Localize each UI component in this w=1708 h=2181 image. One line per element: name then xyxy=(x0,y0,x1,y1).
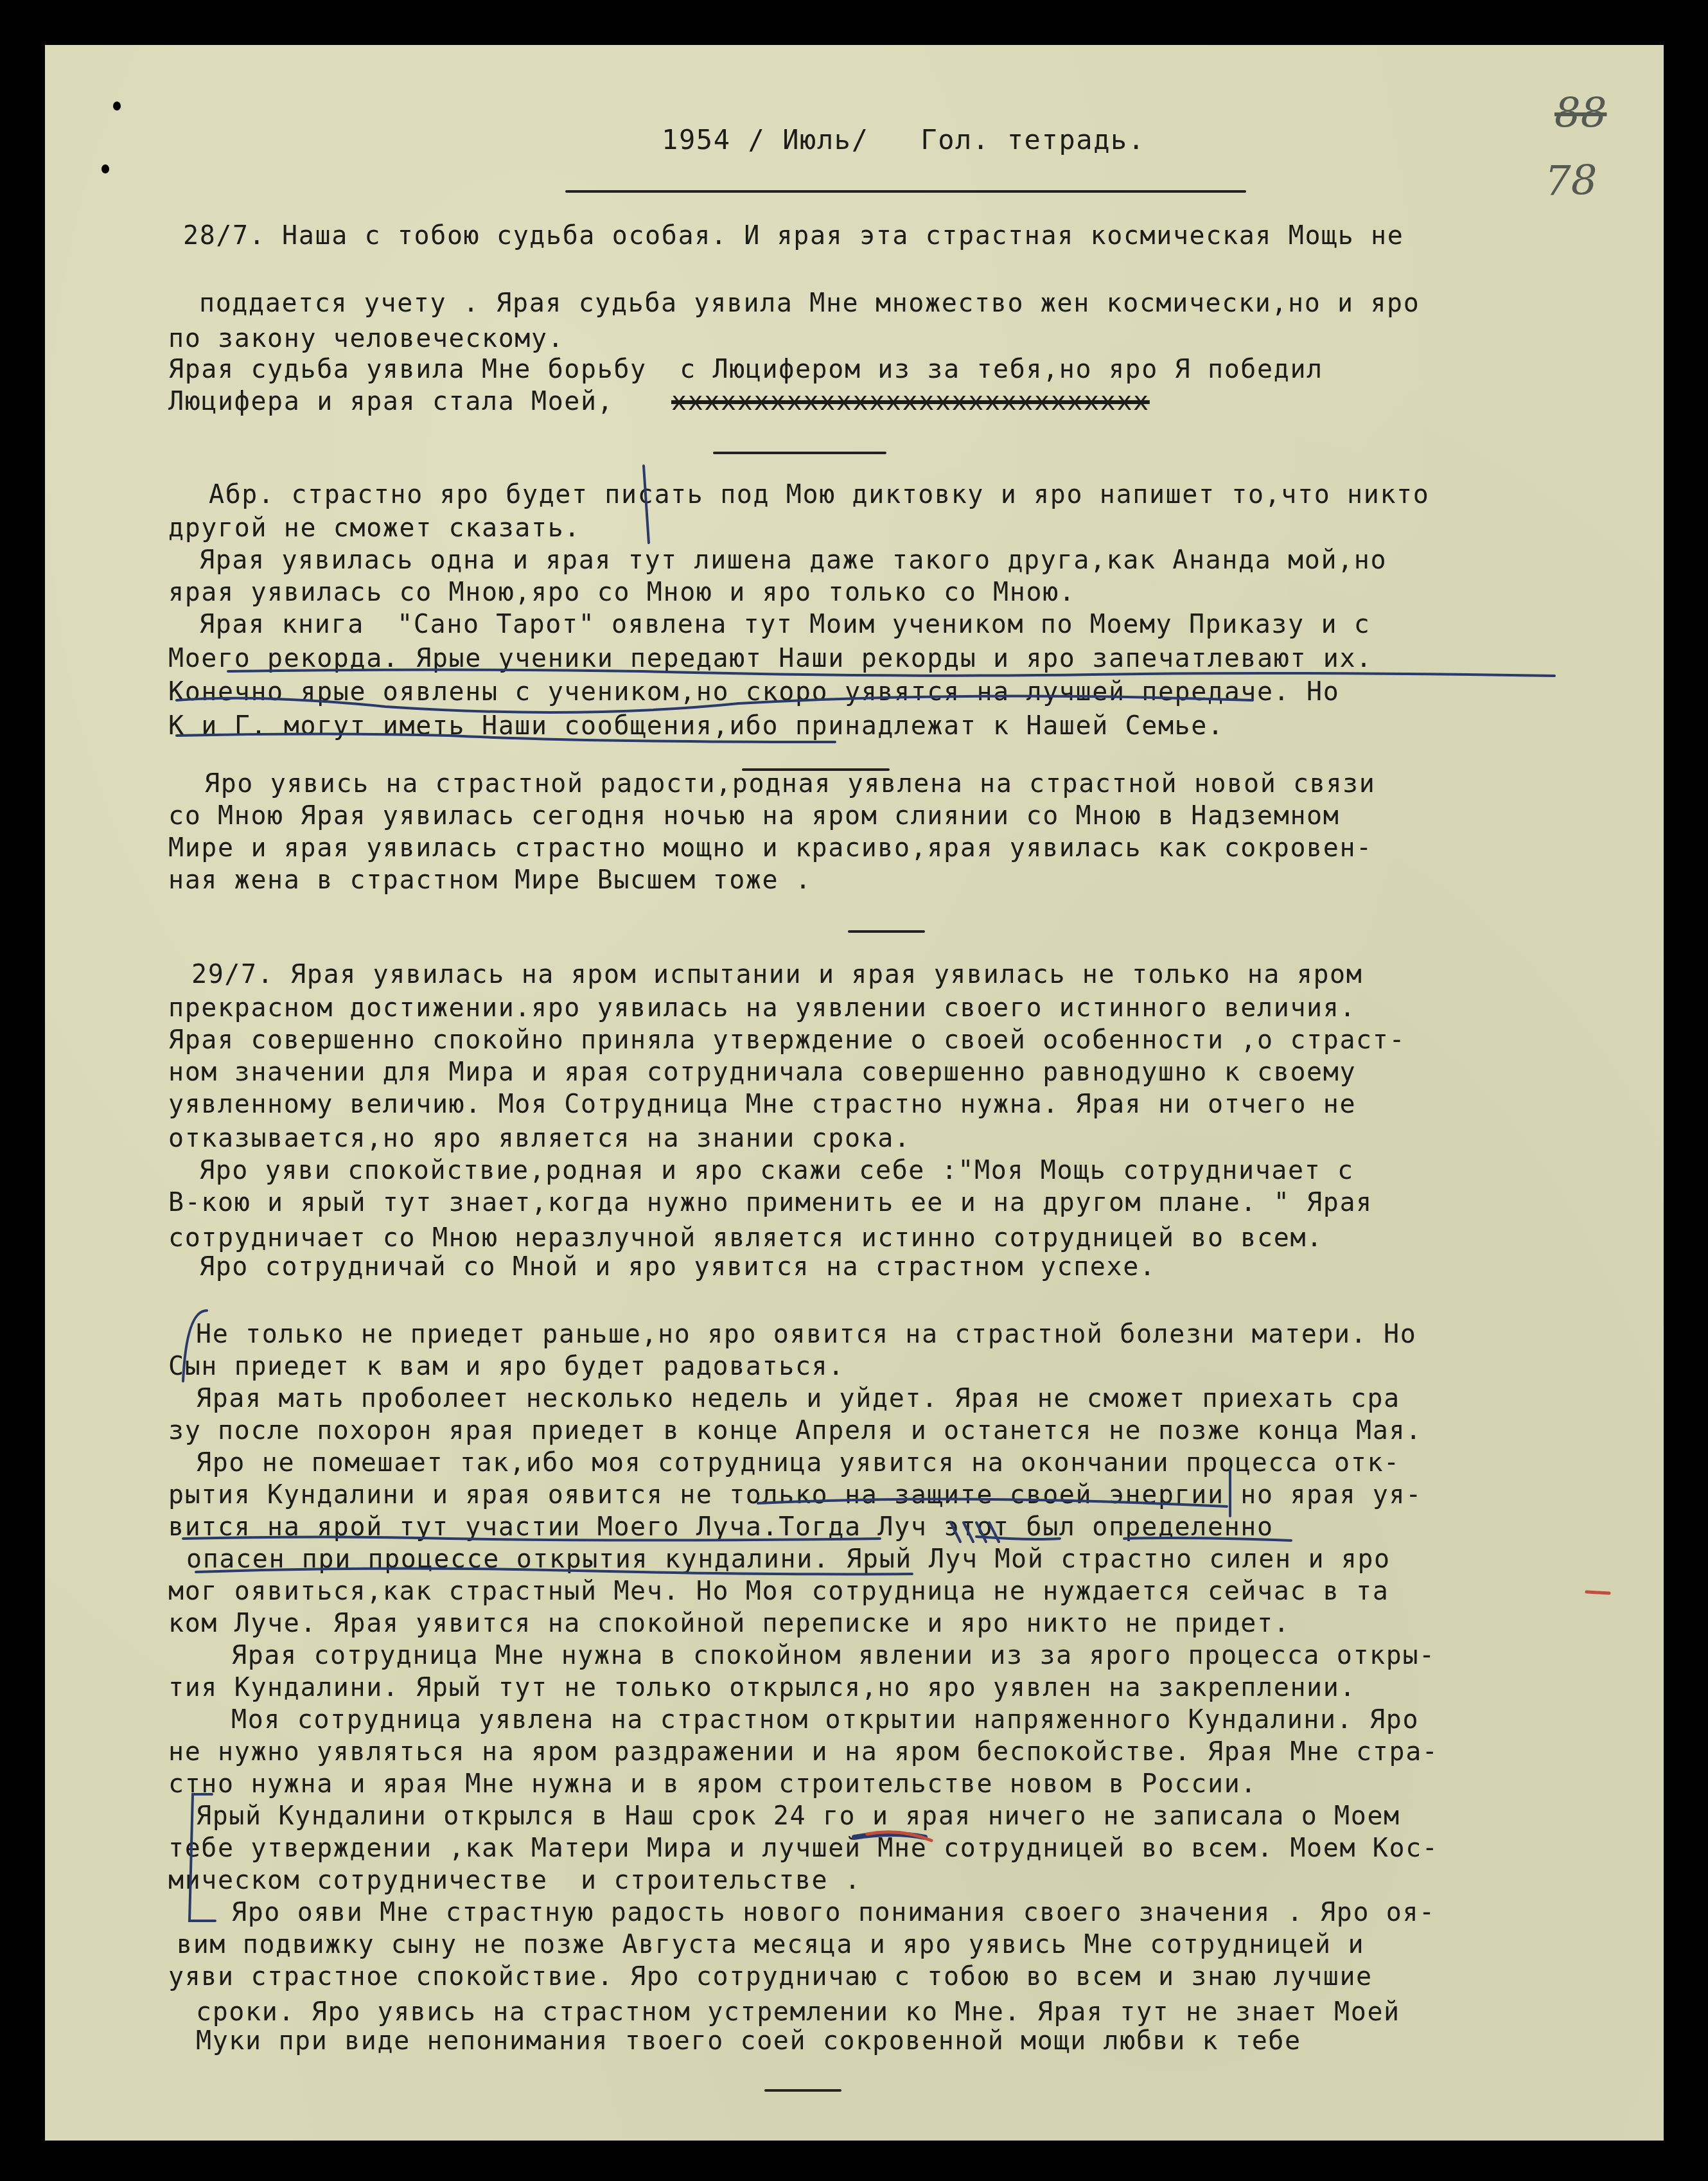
text-line: В-кою и ярый тут знает,когда нужно приме… xyxy=(168,1188,1373,1217)
divider-rule xyxy=(713,452,886,454)
text-line: Ярая совершенно спокойно приняла утвержд… xyxy=(168,1026,1405,1054)
text-line: отказывается,но яро является на знании с… xyxy=(168,1124,911,1152)
text-line: уяви страстное спокойствие. Яро сотрудни… xyxy=(168,1963,1373,1991)
page-title: 1954 / Июль/ Гол. тетрадь. xyxy=(662,126,1145,154)
text-line: Ярая книга "Сано Тарот" оявлена тут Моим… xyxy=(199,610,1370,639)
text-line: Яро сотрудничай со Мной и яро уявится на… xyxy=(199,1253,1156,1281)
text-line: сотрудничает со Мною неразлучной являетс… xyxy=(168,1224,1323,1252)
text-line: не нужно уявляться на яром раздражении и… xyxy=(168,1738,1439,1766)
text-line: Яро ояви Мне страстную радость нового по… xyxy=(231,1898,1436,1927)
text-line: Мире и ярая уявилась страстно мощно и кр… xyxy=(168,834,1373,862)
text-line: опасен при процессе открытия кундалини. … xyxy=(186,1545,1391,1573)
text-line: Ярая уявилась одна и ярая тут лишена даж… xyxy=(199,546,1387,574)
text-line: стно нужна и ярая Мне нужна и в яром стр… xyxy=(168,1770,1257,1798)
text-line: Конечно ярые оявлены с учеником,но скоро… xyxy=(168,678,1339,706)
text-line: К и Г. могут иметь Наши сообщения,ибо пр… xyxy=(168,712,1224,740)
text-line: по закону человеческому. xyxy=(168,324,564,353)
page-number-old: 88 xyxy=(1554,90,1607,137)
text-line: ярая уявилась со Мною,яро со Мною и яро … xyxy=(168,578,1076,606)
text-line: прекрасном достижении.яро уявилась на уя… xyxy=(168,994,1356,1022)
text-line: ком Луче. Ярая уявится на спокойной пере… xyxy=(168,1609,1290,1638)
text-line: Моего рекорда. Ярые ученики передают Наш… xyxy=(168,644,1373,673)
text-line: Моя сотрудница уявлена на страстном откр… xyxy=(231,1706,1419,1734)
text-line: вим подвижку сыну не позже Августа месяц… xyxy=(177,1930,1364,1959)
text-line: зу после похорон ярая приедет в конце Ап… xyxy=(168,1417,1422,1445)
text-line: Люцифера и ярая стала Моей, xyxy=(168,387,613,416)
divider-rule xyxy=(565,190,1246,193)
text-line: Муки при виде непонимания твоего соей со… xyxy=(196,2027,1301,2055)
page-number: 78 xyxy=(1545,157,1597,205)
text-line: Сын приедет к вам и яро будет радоваться… xyxy=(168,1352,845,1381)
text-line: сроки. Яро уявись на страстном устремлен… xyxy=(196,1998,1400,2026)
text-line: мог оявиться,как страстный Меч. Но Моя с… xyxy=(168,1577,1389,1605)
text-line: поддается учету . Ярая судьба уявила Мне… xyxy=(199,289,1420,317)
text-line: другой не сможет сказать. xyxy=(168,514,581,542)
punch-hole xyxy=(101,164,109,173)
text-line: уявленному величию. Моя Сотрудница Мне с… xyxy=(168,1090,1356,1118)
text-line: Ярый Кундалини открылся в Наш срок 24 го… xyxy=(196,1802,1400,1830)
text-line: тебе утверждении ,как Матери Мира и лучш… xyxy=(168,1834,1439,1862)
text-line: Ярая судьба уявила Мне борьбу с Люциферо… xyxy=(168,355,1323,384)
divider-rule xyxy=(764,2089,841,2092)
text-line: 28/7. Наша с тобою судьба особая. И ярая… xyxy=(183,222,1404,250)
text-line: со Мною Ярая уявилась сегодня ночью на я… xyxy=(168,802,1339,830)
text-line: Яро уяви спокойствие,родная и яро скажи … xyxy=(199,1156,1354,1185)
text-line: Ярая сотрудница Мне нужна в спокойном яв… xyxy=(231,1641,1436,1670)
text-line: тия Кундалини. Ярый тут не только открыл… xyxy=(168,1673,1356,1702)
struck-text: xxxxxxxxxxxxxxxxxxxxxxxxxxxxx xyxy=(671,387,1150,416)
divider-rule xyxy=(848,930,925,933)
text-line: ном значении для Мира и ярая сотрудничал… xyxy=(168,1058,1356,1086)
text-line: Яро уявись на страстной радости,родная у… xyxy=(204,770,1375,798)
text-line: 29/7. Ярая уявилась на яром испытании и … xyxy=(191,960,1362,989)
text-line: Не только не приедет раньше,но яро оявит… xyxy=(196,1320,1416,1348)
text-line: рытия Кундалини и ярая оявится не только… xyxy=(168,1481,1422,1509)
text-line: вится на ярой тут участии Моего Луча.Тог… xyxy=(168,1513,1274,1541)
text-line: Ярая мать проболеет несколько недель и у… xyxy=(196,1384,1400,1413)
text-line: Яро не помешает так,ибо моя сотрудница у… xyxy=(196,1449,1400,1477)
text-line: ная жена в страстном Мире Высшем тоже . xyxy=(168,866,812,894)
text-line: Абр. страстно яро будет писать под Мою д… xyxy=(209,481,1429,509)
text-line: мическом сотрудничестве и строительстве … xyxy=(168,1866,861,1894)
punch-hole xyxy=(113,102,121,110)
